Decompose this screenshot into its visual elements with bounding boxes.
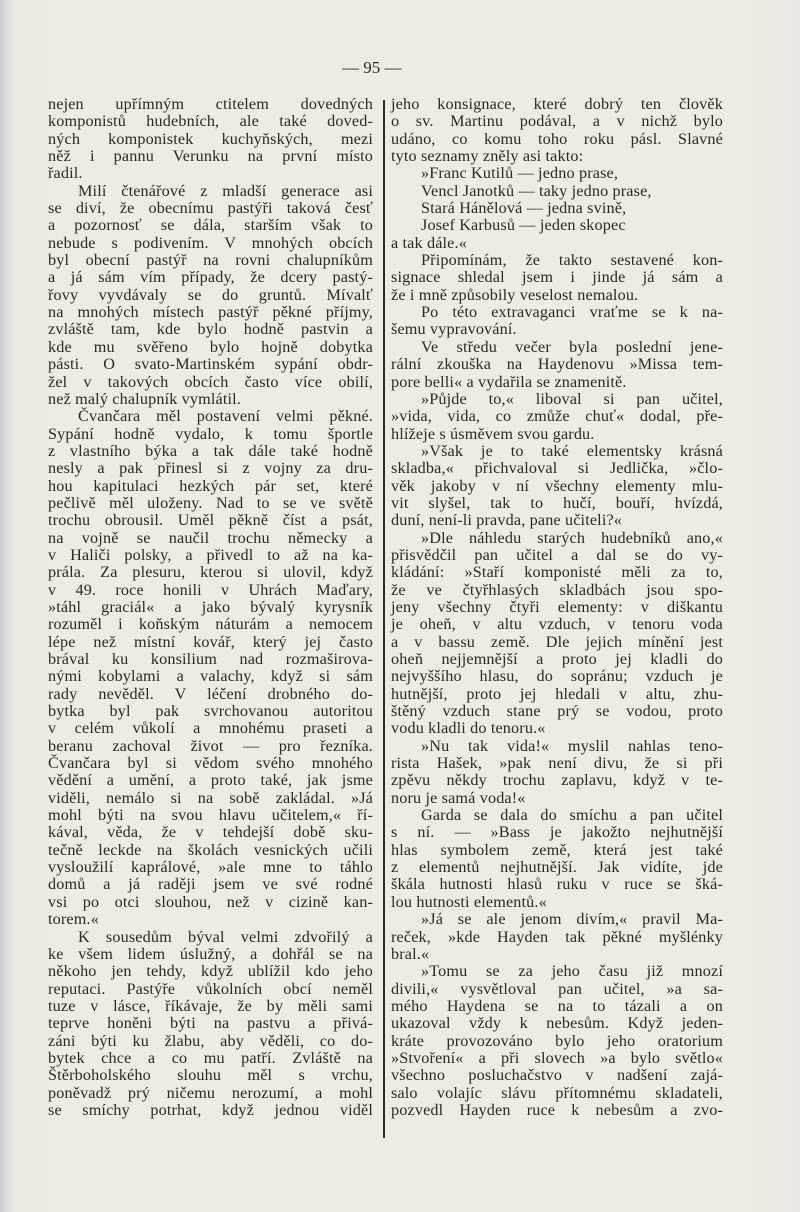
text-line: rista Hašek, »pak není divu, že si při xyxy=(391,755,723,772)
text-line: »Však je to také elementsky krásná xyxy=(391,443,723,460)
text-line: vit slyšel, tak to hučí, bouří, hvízdá, xyxy=(391,495,723,512)
text-line: noru je samá voda!« xyxy=(391,790,723,807)
text-line: rady nevěděl. V léčení drobného do- xyxy=(48,686,373,703)
text-line: o sv. Martinu podával, a v nichž bylo xyxy=(391,113,723,130)
text-line: Čvančara měl postavení velmi pěkné. xyxy=(48,408,373,425)
text-line: »Nu tak vida!« myslil nahlas teno- xyxy=(391,738,723,755)
text-line: nejvyššího hlasu, do sopránu; vzduch je xyxy=(391,668,723,685)
right-text-column: jeho konsignace, které dobrý ten člověko… xyxy=(391,96,723,1119)
text-line: a v bassu země. Dle jejich mínění jest xyxy=(391,634,723,651)
text-line: pečlivě měl uloženy. Nad to se ve světě xyxy=(48,495,373,512)
text-line: je oheň, v altu vzduch, v tenoru voda xyxy=(391,616,723,633)
text-line: byl obecní pastýř na rovni chalupníkům xyxy=(48,252,373,269)
text-line: kával, věda, že v tehdejší době sku- xyxy=(48,824,373,841)
text-line: že i mně způsobily veselost nemalou. xyxy=(391,287,723,304)
text-line: vodu kladli do tenoru.« xyxy=(391,720,723,737)
text-line: zvláště tam, kde bylo hodně pastvin a xyxy=(48,321,373,338)
text-line: torem.« xyxy=(48,911,373,928)
text-line: šemu vypravování. xyxy=(391,321,723,338)
text-line: trochu obrousil. Uměl pěkně číst a psát, xyxy=(48,512,373,529)
text-line: Po této extravaganci vraťme se k na- xyxy=(391,304,723,321)
text-line: z vlastního býka a tak dále také hodně xyxy=(48,443,373,460)
text-line: řadil. xyxy=(48,165,373,182)
text-line: »Stvoření« a při slovech »a bylo světlo« xyxy=(391,1050,723,1067)
page-number: — 95 — xyxy=(342,58,422,78)
text-line: divili,« vysvětloval pan učitel, »a sa- xyxy=(391,981,723,998)
text-line: v Haliči polsky, a přivedl to až na ka- xyxy=(48,547,373,564)
text-line: Milí čtenářové z mladší generace asi xyxy=(48,183,373,200)
text-line: tyto seznamy zněly asi takto: xyxy=(391,148,723,165)
text-line: prála. Za plesuru, kterou si ulovil, kdy… xyxy=(48,564,373,581)
text-line: Garda se dala do smíchu a pan učitel xyxy=(391,807,723,824)
text-line: věk jakoby v ní všechny elementy mlu- xyxy=(391,478,723,495)
text-line: signace shledal jsem i jinde já sám a xyxy=(391,269,723,286)
text-line: z elementů nejhutnější. Jak vidíte, jde xyxy=(391,859,723,876)
text-line: kráte provozováno bylo jeho oratorium xyxy=(391,1033,723,1050)
text-line: tečně leckde na školách vesnických učili xyxy=(48,842,373,859)
text-line: bytek chce a co mu patří. Zvláště na xyxy=(48,1050,373,1067)
text-line: »Dle náhledu starých hudebníků ano,« xyxy=(391,530,723,547)
text-line: Josef Karbusů — jeden skopec xyxy=(391,217,723,234)
text-line: nými kobylami a valachy, když si sám xyxy=(48,668,373,685)
text-line: beranu zachoval život — pro řezníka. xyxy=(48,738,373,755)
text-line: přisvědčil pan učitel a dal se do vy- xyxy=(391,547,723,564)
text-line: hou kapitulaci hezkých pár set, které xyxy=(48,478,373,495)
text-line: na mnohých místech pastýř pěkné příjmy, xyxy=(48,304,373,321)
text-line: skladba,« přichvaloval si Jedlička, »člo… xyxy=(391,460,723,477)
text-line: Vencl Janotků — taky jedno prase, xyxy=(391,183,723,200)
text-line: Štěrboholského slouhu měl s vrchu, xyxy=(48,1067,373,1084)
text-line: ukazoval vždy k nebesům. Když jeden- xyxy=(391,1015,723,1032)
text-line: že ve čtyřhlasých skladbách jsou spo- xyxy=(391,582,723,599)
scanned-book-page: — 95 — nejen upřímným ctitelem dovedných… xyxy=(0,0,800,1212)
text-line: hutnější, proto jej hledali v altu, zhu- xyxy=(391,686,723,703)
text-line: zpěvu někdy trochu zaplavu, když v te- xyxy=(391,772,723,789)
text-line: »Franc Kutilů — jedno prase, xyxy=(391,165,723,182)
text-line: ných komponistek kuchyňských, mezi xyxy=(48,131,373,148)
text-line: Stará Hánělová — jedna svině, xyxy=(391,200,723,217)
text-line: vysloužilí kaprálové, »ale mne to táhlo xyxy=(48,859,373,876)
text-line: štěný vzduch stane prý se vodou, proto xyxy=(391,703,723,720)
text-line: lépe než místní kovář, který jej často xyxy=(48,634,373,651)
text-line: nejen upřímným ctitelem dovedných xyxy=(48,96,373,113)
text-line: »Půjde to,« liboval si pan učitel, xyxy=(391,391,723,408)
text-line: s ní. — »Bass je jakožto nejhutnější xyxy=(391,824,723,841)
text-line: domů a já raději jsem ve své rodné xyxy=(48,876,373,893)
text-line: vědění a umění, a proto také, jak jsme xyxy=(48,772,373,789)
left-text-column: nejen upřímným ctitelem dovednýchkomponi… xyxy=(48,96,373,1119)
text-line: všechno posluchačstvo v nadšení zajá- xyxy=(391,1067,723,1084)
text-line: »vida, vida, co zmůže chuť« dodal, pře- xyxy=(391,408,723,425)
text-line: »Tomu se za jeho času již mnozí xyxy=(391,963,723,980)
text-line: nebude s podivením. V mnohých obcích xyxy=(48,235,373,252)
text-line: udáno, co komu toho roku pásl. Slavné xyxy=(391,131,723,148)
text-line: kládání: »Staří komponisté měli za to, xyxy=(391,564,723,581)
text-line: záni býti ku žlabu, aby věděli, co do- xyxy=(48,1033,373,1050)
text-line: někoho jen tehdy, když ublížil kdo jeho xyxy=(48,963,373,980)
text-line: hlížeje s úsměvem svou gardu. xyxy=(391,426,723,443)
text-line: a tak dále.« xyxy=(391,235,723,252)
text-line: brával ku konsilium nad rozmaširova- xyxy=(48,651,373,668)
text-line: »táhl graciál« a jako bývalý kyrysník xyxy=(48,599,373,616)
text-line: komponistů hudebních, ale také doved- xyxy=(48,113,373,130)
text-line: viděli, nemálo si na sobě zakládal. »Já xyxy=(48,790,373,807)
text-line: ke všem lidem úslužný, a dohřál se na xyxy=(48,946,373,963)
text-line: poněvadž prý ničemu nerozumí, a mohl xyxy=(48,1085,373,1102)
text-line: Sypání hodně vydalo, k tomu športle xyxy=(48,426,373,443)
text-line: na vojně se naučil trochu německy a xyxy=(48,530,373,547)
text-line: řovy vyvdávaly se do gruntů. Mívalť xyxy=(48,287,373,304)
text-line: mohl býti na svou hlavu učitelem,« ří- xyxy=(48,807,373,824)
text-line: a já sám vím případy, že dcery pastý- xyxy=(48,269,373,286)
text-line: duní, není-li pravda, pane učiteli?« xyxy=(391,512,723,529)
text-line: mého Haydena se na to tázali a on xyxy=(391,998,723,1015)
text-line: Čvančara byl si vědom svého mnohého xyxy=(48,755,373,772)
text-line: kde mu svěřeno bylo hojně dobytka xyxy=(48,339,373,356)
text-line: pozvedl Hayden ruce k nebesům a zvo- xyxy=(391,1102,723,1119)
text-line: se smíchy potrhat, když jednou viděl xyxy=(48,1102,373,1119)
text-line: se diví, že obecnímu pastýři taková česť xyxy=(48,200,373,217)
text-line: Ve středu večer byla poslední jene- xyxy=(391,339,723,356)
text-line: nesly a pak přinesl si z vojny za dru- xyxy=(48,460,373,477)
text-line: jeho konsignace, které dobrý ten člověk xyxy=(391,96,723,113)
text-line: něž i pannu Verunku na první místo xyxy=(48,148,373,165)
text-line: rozuměl i koňským náturám a nemocem xyxy=(48,616,373,633)
text-line: tuze v lásce, říkávaje, že by měli sami xyxy=(48,998,373,1015)
text-line: reputaci. Pastýře vůkolních obcí neměl xyxy=(48,981,373,998)
text-line: v celém vůkolí a mnohému praseti a xyxy=(48,720,373,737)
text-line: pore belli« a vydařila se znamenitě. xyxy=(391,374,723,391)
text-line: pásti. O svato-Martinském sypání obdr- xyxy=(48,356,373,373)
text-line: hlas symbolem země, která jest také xyxy=(391,842,723,859)
text-line: než malý chalupník vymlátil. xyxy=(48,391,373,408)
text-line: škála hutnosti hlasů ruku v ruce se šká- xyxy=(391,876,723,893)
text-line: K sousedům býval velmi zdvořilý a xyxy=(48,929,373,946)
text-line: »Já se ale jenom divím,« pravil Ma- xyxy=(391,911,723,928)
text-line: bral.« xyxy=(391,946,723,963)
text-line: lou hutnosti elementů.« xyxy=(391,894,723,911)
text-line: žel v takových obcích často více obilí, xyxy=(48,374,373,391)
text-line: a pozornosť se dála, starším však to xyxy=(48,217,373,234)
text-line: bytka byl pak svrchovanou autoritou xyxy=(48,703,373,720)
text-line: oheň nejjemnější a proto jej kladli do xyxy=(391,651,723,668)
column-divider xyxy=(383,100,385,1138)
text-line: Připomínám, že takto sestavené kon- xyxy=(391,252,723,269)
text-line: jeny všechny čtyři elementy: v diškantu xyxy=(391,599,723,616)
text-line: v 49. roce honili v Uhrách Maďary, xyxy=(48,582,373,599)
text-line: teprve honěni býti na pastvu a přivá- xyxy=(48,1015,373,1032)
text-line: vsi po otci slouhou, než v cizině kan- xyxy=(48,894,373,911)
text-line: salo volajíc slávu přítomnému skladateli… xyxy=(391,1085,723,1102)
text-line: rální zkouška na Haydenovu »Missa tem- xyxy=(391,356,723,373)
text-line: reček, »kde Hayden tak pěkné myšlénky xyxy=(391,929,723,946)
